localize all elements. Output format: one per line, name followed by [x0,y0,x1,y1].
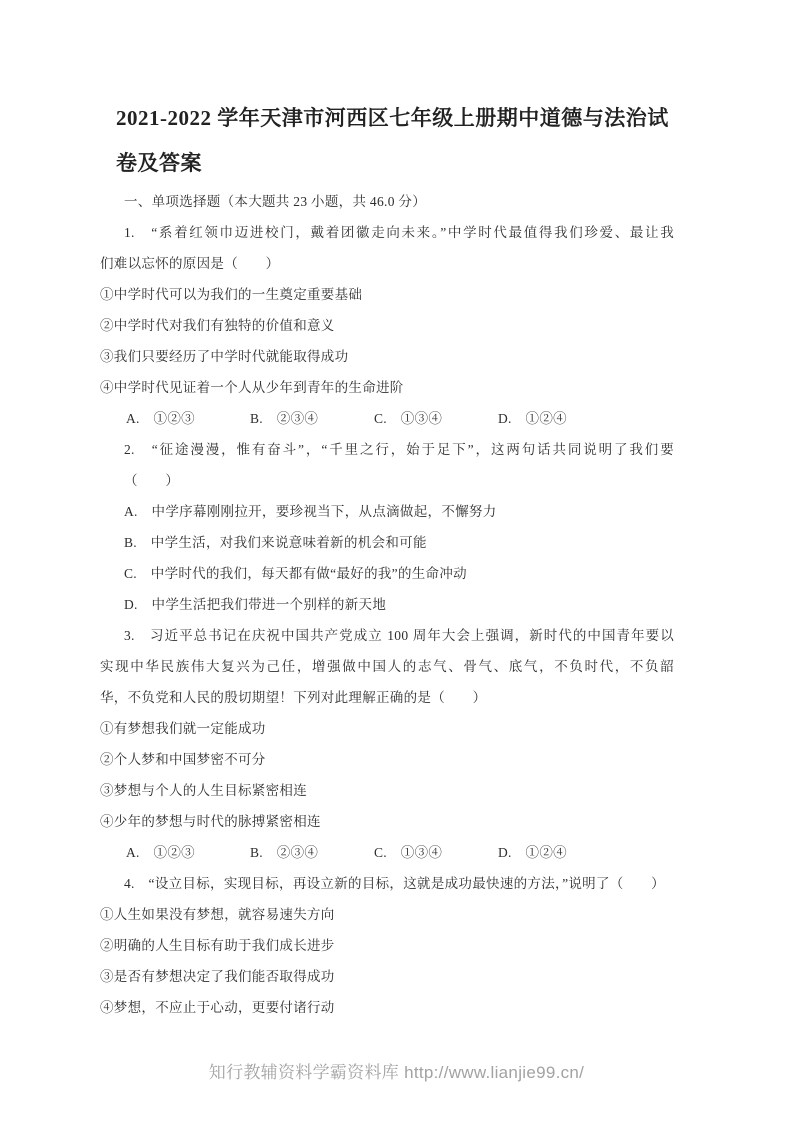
question-3-option-b: B. ②③④ [250,837,374,868]
question-3-item-2: ②个人梦和中国梦密不可分 [100,744,674,775]
question-1-option-a: A. ①②③ [126,403,250,434]
question-3: 3. 习近平总书记在庆祝中国共产党成立 100 周年大会上强调，新时代的中国青年… [100,620,674,868]
question-3-option-c: C. ①③④ [374,837,498,868]
document-title-line-2: 卷及答案 [116,141,674,186]
question-4-stem-line-1: 4. “设立目标，实现目标，再设立新的目标，这就是成功最快速的方法，”说明了（ … [100,868,674,899]
question-2: 2. “征途漫漫，惟有奋斗”，“千里之行，始于足下”，这两句话共同说明了我们要 … [100,434,674,620]
question-2-option-c: C. 中学时代的我们，每天都有做“最好的我”的生命冲动 [100,558,674,589]
question-3-stem-line-1: 3. 习近平总书记在庆祝中国共产党成立 100 周年大会上强调，新时代的中国青年… [100,620,674,651]
question-4-item-4: ④梦想，不应止于心动，更要付诸行动 [100,992,674,1023]
question-1-stem-line-2: 们难以忘怀的原因是（ ） [100,248,674,279]
question-4-item-1: ①人生如果没有梦想，就容易速失方向 [100,899,674,930]
question-2-option-d: D. 中学生活把我们带进一个别样的新天地 [100,589,674,620]
question-1-item-1: ①中学时代可以为我们的一生奠定重要基础 [100,279,674,310]
question-1-option-b: B. ②③④ [250,403,374,434]
question-3-item-3: ③梦想与个人的人生目标紧密相连 [100,775,674,806]
document-title-line-1: 2021-2022 学年天津市河西区七年级上册期中道德与法治试 [116,96,674,141]
question-1-option-d: D. ①②④ [498,403,567,434]
question-3-answer-row: A. ①②③B. ②③④C. ①③④D. ①②④ [100,837,674,868]
question-1-option-c: C. ①③④ [374,403,498,434]
page-footer: 知行教辅资料学霸资料库 http://www.lianjie99.cn/ [0,1058,793,1088]
question-4: 4. “设立目标，实现目标，再设立新的目标，这就是成功最快速的方法，”说明了（ … [100,868,674,1023]
question-4-item-3: ③是否有梦想决定了我们能否取得成功 [100,961,674,992]
question-3-option-d: D. ①②④ [498,837,567,868]
question-1-stem-line-1: 1. “系着红领巾迈进校门，戴着团徽走向未来。”中学时代最值得我们珍爱、最让我 [100,217,674,248]
question-2-stem-line-2: （ ） [100,465,674,496]
question-1: 1. “系着红领巾迈进校门，戴着团徽走向未来。”中学时代最值得我们珍爱、最让我 … [100,217,674,434]
question-1-item-2: ②中学时代对我们有独特的价值和意义 [100,310,674,341]
question-3-stem-line-3: 华，不负党和人民的殷切期望！下列对此理解正确的是（ ） [100,682,674,713]
question-4-item-2: ②明确的人生目标有助于我们成长进步 [100,930,674,961]
question-3-item-1: ①有梦想我们就一定能成功 [100,713,674,744]
document-content: 2021-2022 学年天津市河西区七年级上册期中道德与法治试 卷及答案 一、单… [100,96,674,1023]
section-header: 一、单项选择题（本大题共 23 小题，共 46.0 分） [100,186,674,217]
question-3-stem-line-2: 实现中华民族伟大复兴为己任，增强做中国人的志气、骨气、底气，不负时代，不负韶 [100,651,674,682]
question-2-stem-line-1: 2. “征途漫漫，惟有奋斗”，“千里之行，始于足下”，这两句话共同说明了我们要 [100,434,674,465]
question-1-item-3: ③我们只要经历了中学时代就能取得成功 [100,341,674,372]
question-3-item-4: ④少年的梦想与时代的脉搏紧密相连 [100,806,674,837]
document-page: 2021-2022 学年天津市河西区七年级上册期中道德与法治试 卷及答案 一、单… [0,0,793,1122]
question-3-option-a: A. ①②③ [126,837,250,868]
question-2-option-b: B. 中学生活，对我们来说意味着新的机会和可能 [100,527,674,558]
question-2-option-a: A. 中学序幕刚刚拉开，要珍视当下，从点滴做起，不懈努力 [100,496,674,527]
question-1-item-4: ④中学时代见证着一个人从少年到青年的生命进阶 [100,372,674,403]
question-1-answer-row: A. ①②③B. ②③④C. ①③④D. ①②④ [100,403,674,434]
